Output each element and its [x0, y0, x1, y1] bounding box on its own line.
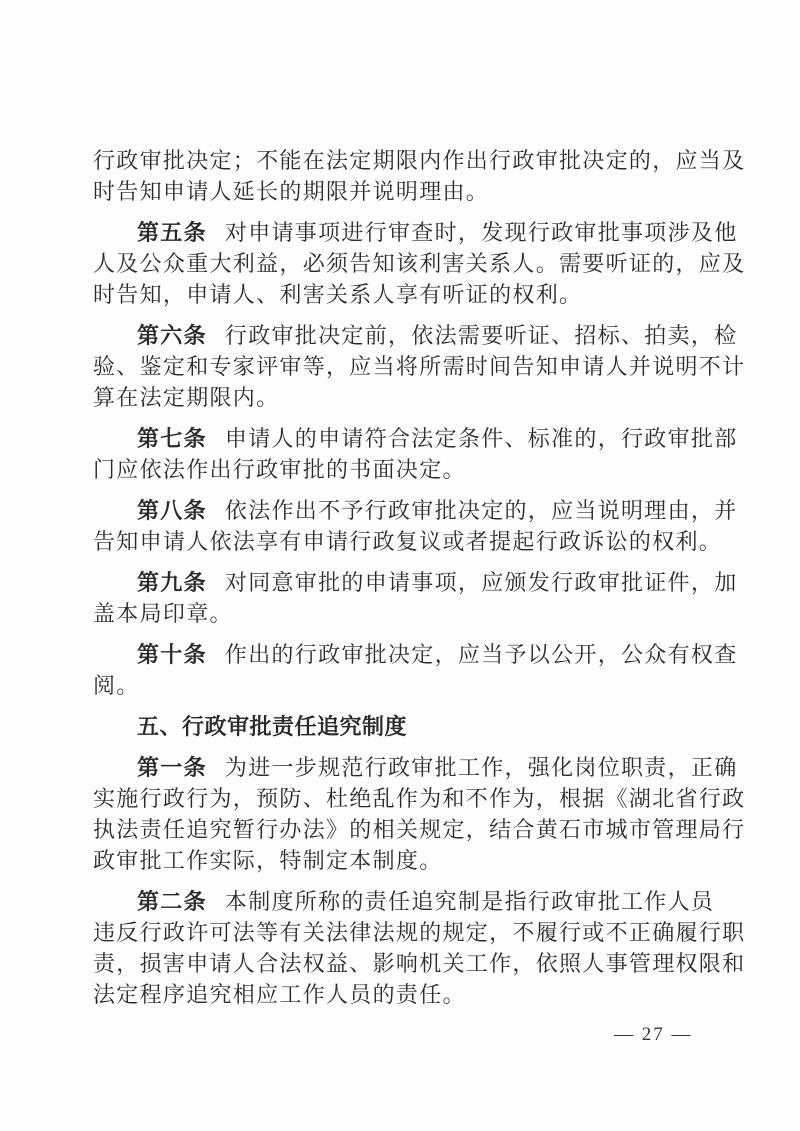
text-line: 本制度所称的责任追究制是指行政审批工作人员 [225, 890, 714, 915]
text-line: 行政审批决定；不能在法定期限内作出行政审批决定的，应当及 [93, 146, 703, 177]
article-6: 第六条行政审批决定前，依法需要听证、招标、拍卖，检 验、鉴定和专家评审等，应当将… [93, 321, 703, 414]
article-label: 第九条 [137, 570, 207, 596]
text-line: 责，损害申请人合法权益、影响机关工作，依照人事管理权限和 [93, 949, 703, 980]
text-line: 时告知，申请人、利害关系人享有听证的权利。 [93, 280, 703, 311]
text-line: 人及公众重大利益，必须告知该利害关系人。需要听证的，应及 [93, 249, 703, 280]
article-8: 第八条依法作出不予行政审批决定的，应当说明理由，并 告知申请人依法享有申请行政复… [93, 496, 703, 558]
text-line: 法定程序追究相应工作人员的责任。 [93, 980, 703, 1011]
text-line: 依法作出不予行政审批决定的，应当说明理由，并 [225, 499, 738, 524]
text-line: 告知申请人依法享有申请行政复议或者提起行政诉讼的权利。 [93, 527, 703, 558]
paragraph-continuation: 行政审批决定；不能在法定期限内作出行政审批决定的，应当及 时告知申请人延长的期限… [93, 146, 703, 208]
text-line: 对同意审批的申请事项，应颁发行政审批证件，加 [225, 571, 738, 596]
section-article-1: 第一条为进一步规范行政审批工作，强化岗位职责，正确 实施行政行为，预防、杜绝乱作… [93, 753, 703, 877]
article-label: 第五条 [137, 220, 207, 246]
text-line: 算在法定期限内。 [93, 383, 703, 414]
text-line: 实施行政行为，预防、杜绝乱作为和不作为，根据《湖北省行政 [93, 784, 703, 815]
article-label: 第七条 [137, 426, 207, 452]
text-line: 对申请事项进行审查时，发现行政审批事项涉及他 [225, 221, 738, 246]
article-label: 第二条 [137, 889, 207, 915]
article-label: 第十条 [137, 642, 207, 668]
text-line: 时告知申请人延长的期限并说明理由。 [93, 177, 703, 208]
article-label: 第一条 [137, 755, 207, 781]
text-line: 执法责任追究暂行办法》的相关规定，结合黄石市城市管理局行 [93, 815, 703, 846]
page-number: — 27 — [614, 1024, 693, 1046]
document-page: 行政审批决定；不能在法定期限内作出行政审批决定的，应当及 时告知申请人延长的期限… [93, 146, 703, 1011]
article-label: 第八条 [137, 498, 207, 524]
text-line: 门应依法作出行政审批的书面决定。 [93, 455, 703, 486]
text-line: 申请人的申请符合法定条件、标准的，行政审批部 [225, 427, 738, 452]
article-10: 第十条作出的行政审批决定，应当予以公开，公众有权查 阅。 [93, 640, 703, 702]
article-label: 第六条 [137, 323, 207, 349]
article-5: 第五条对申请事项进行审查时，发现行政审批事项涉及他 人及公众重大利益，必须告知该… [93, 218, 703, 311]
text-line: 阅。 [93, 671, 703, 702]
article-9: 第九条对同意审批的申请事项，应颁发行政审批证件，加 盖本局印章。 [93, 568, 703, 630]
text-line: 违反行政许可法等有关法律法规的规定，不履行或不正确履行职 [93, 918, 703, 949]
article-7: 第七条申请人的申请符合法定条件、标准的，行政审批部 门应依法作出行政审批的书面决… [93, 424, 703, 486]
section-article-2: 第二条本制度所称的责任追究制是指行政审批工作人员 违反行政许可法等有关法律法规的… [93, 887, 703, 1011]
text-line: 作出的行政审批决定，应当予以公开，公众有权查 [225, 643, 738, 668]
text-line: 为进一步规范行政审批工作，强化岗位职责，正确 [225, 756, 738, 781]
text-line: 盖本局印章。 [93, 599, 703, 630]
text-line: 行政审批决定前，依法需要听证、招标、拍卖，检 [225, 324, 738, 349]
text-line: 政审批工作实际，特制定本制度。 [93, 846, 703, 877]
section-heading: 五、行政审批责任追究制度 [93, 712, 703, 743]
text-line: 验、鉴定和专家评审等，应当将所需时间告知申请人并说明不计 [93, 352, 703, 383]
